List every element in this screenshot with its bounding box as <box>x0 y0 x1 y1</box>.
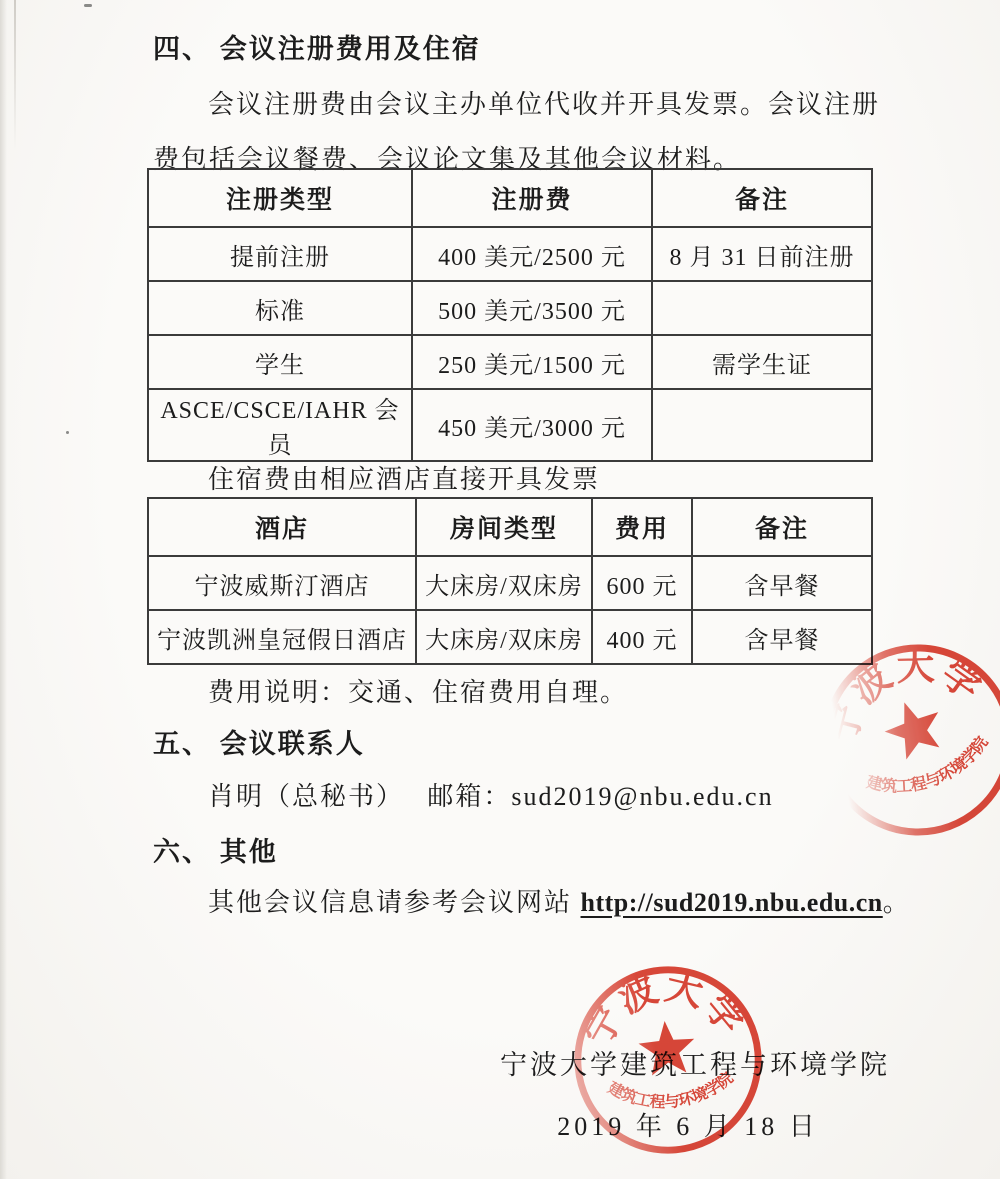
table-cell <box>652 281 872 335</box>
table-row: 学生 250 美元/1500 元 需学生证 <box>148 335 872 389</box>
column-header-price: 费用 <box>592 498 692 556</box>
section-4-heading: 四、 会议注册费用及住宿 <box>153 27 481 66</box>
table-cell: 含早餐 <box>692 610 872 664</box>
table-cell: 450 美元/3000 元 <box>412 389 652 461</box>
scanned-document-page: 四、 会议注册费用及住宿 会议注册费由会议主办单位代收并开具发票。会议注册 费包… <box>0 0 1000 1179</box>
table-cell: ASCE/CSCE/IAHR 会员 <box>148 389 412 461</box>
column-header-remark: 备注 <box>692 498 872 556</box>
hotel-price-table: 酒店 房间类型 费用 备注 宁波威斯汀酒店 大床房/双床房 600 元 含早餐 … <box>147 497 873 665</box>
table-cell: 需学生证 <box>652 335 872 389</box>
scan-fold-line <box>14 0 16 150</box>
table-cell: 600 元 <box>592 556 692 610</box>
table-header-row: 注册类型 注册费 备注 <box>148 169 872 227</box>
column-header-registration-type: 注册类型 <box>148 169 412 227</box>
seal-star-icon <box>878 693 950 764</box>
table-cell: 宁波威斯汀酒店 <box>148 556 416 610</box>
official-seal-stamp-bottom: 宁波大学 建筑工程与环境学院 <box>562 954 774 1166</box>
table-row: 标准 500 美元/3500 元 <box>148 281 872 335</box>
column-header-hotel: 酒店 <box>148 498 416 556</box>
paper-edge-shadow <box>0 0 7 1179</box>
contact-name: 肖明（总秘书） <box>208 782 404 811</box>
hotel-invoice-note: 住宿费由相应酒店直接开具发票 <box>208 459 600 496</box>
table-row: ASCE/CSCE/IAHR 会员 450 美元/3000 元 <box>148 389 872 461</box>
table-cell: 500 美元/3500 元 <box>412 281 652 335</box>
section-6-heading: 六、 其他 <box>153 830 278 869</box>
column-header-registration-fee: 注册费 <box>412 169 652 227</box>
scan-speck <box>66 431 69 434</box>
seal-star-icon <box>637 1019 697 1077</box>
seal-college-text: 建筑工程与环境学院 <box>603 1067 739 1117</box>
table-cell: 含早餐 <box>692 556 872 610</box>
table-cell: 400 元 <box>592 610 692 664</box>
column-header-remark: 备注 <box>652 169 872 227</box>
table-cell: 提前注册 <box>148 227 412 281</box>
registration-paragraph-line-1: 会议注册费由会议主办单位代收并开具发票。会议注册 <box>208 84 880 121</box>
table-cell: 学生 <box>148 335 412 389</box>
website-line: 其他会议信息请参考会议网站 http://sud2019.nbu.edu.cn。 <box>208 882 911 919</box>
section-5-heading: 五、 会议联系人 <box>153 722 365 761</box>
table-cell: 250 美元/1500 元 <box>412 335 652 389</box>
table-row: 提前注册 400 美元/2500 元 8 月 31 日前注册 <box>148 227 872 281</box>
table-row: 宁波威斯汀酒店 大床房/双床房 600 元 含早餐 <box>148 556 872 610</box>
registration-fee-table: 注册类型 注册费 备注 提前注册 400 美元/2500 元 8 月 31 日前… <box>147 168 873 462</box>
fee-explanation-note: 费用说明：交通、住宿费用自理。 <box>208 672 628 709</box>
table-cell: 8 月 31 日前注册 <box>652 227 872 281</box>
website-line-suffix: 。 <box>883 888 911 917</box>
conference-website-link[interactable]: http://sud2019.nbu.edu.cn <box>581 888 883 917</box>
table-cell: 大床房/双床房 <box>416 556 592 610</box>
table-cell: 400 美元/2500 元 <box>412 227 652 281</box>
scan-speck <box>84 4 92 7</box>
email-label: 邮箱： <box>427 782 511 811</box>
column-header-room-type: 房间类型 <box>416 498 592 556</box>
contact-line: 肖明（总秘书）邮箱：sud2019@nbu.edu.cn <box>208 776 774 813</box>
table-cell: 宁波凯洲皇冠假日酒店 <box>148 610 416 664</box>
table-cell: 大床房/双床房 <box>416 610 592 664</box>
table-row: 宁波凯洲皇冠假日酒店 大床房/双床房 400 元 含早餐 <box>148 610 872 664</box>
table-header-row: 酒店 房间类型 费用 备注 <box>148 498 872 556</box>
table-cell: 标准 <box>148 281 412 335</box>
contact-email: sud2019@nbu.edu.cn <box>511 782 773 811</box>
table-cell <box>652 389 872 461</box>
website-line-prefix: 其他会议信息请参考会议网站 <box>208 888 581 917</box>
